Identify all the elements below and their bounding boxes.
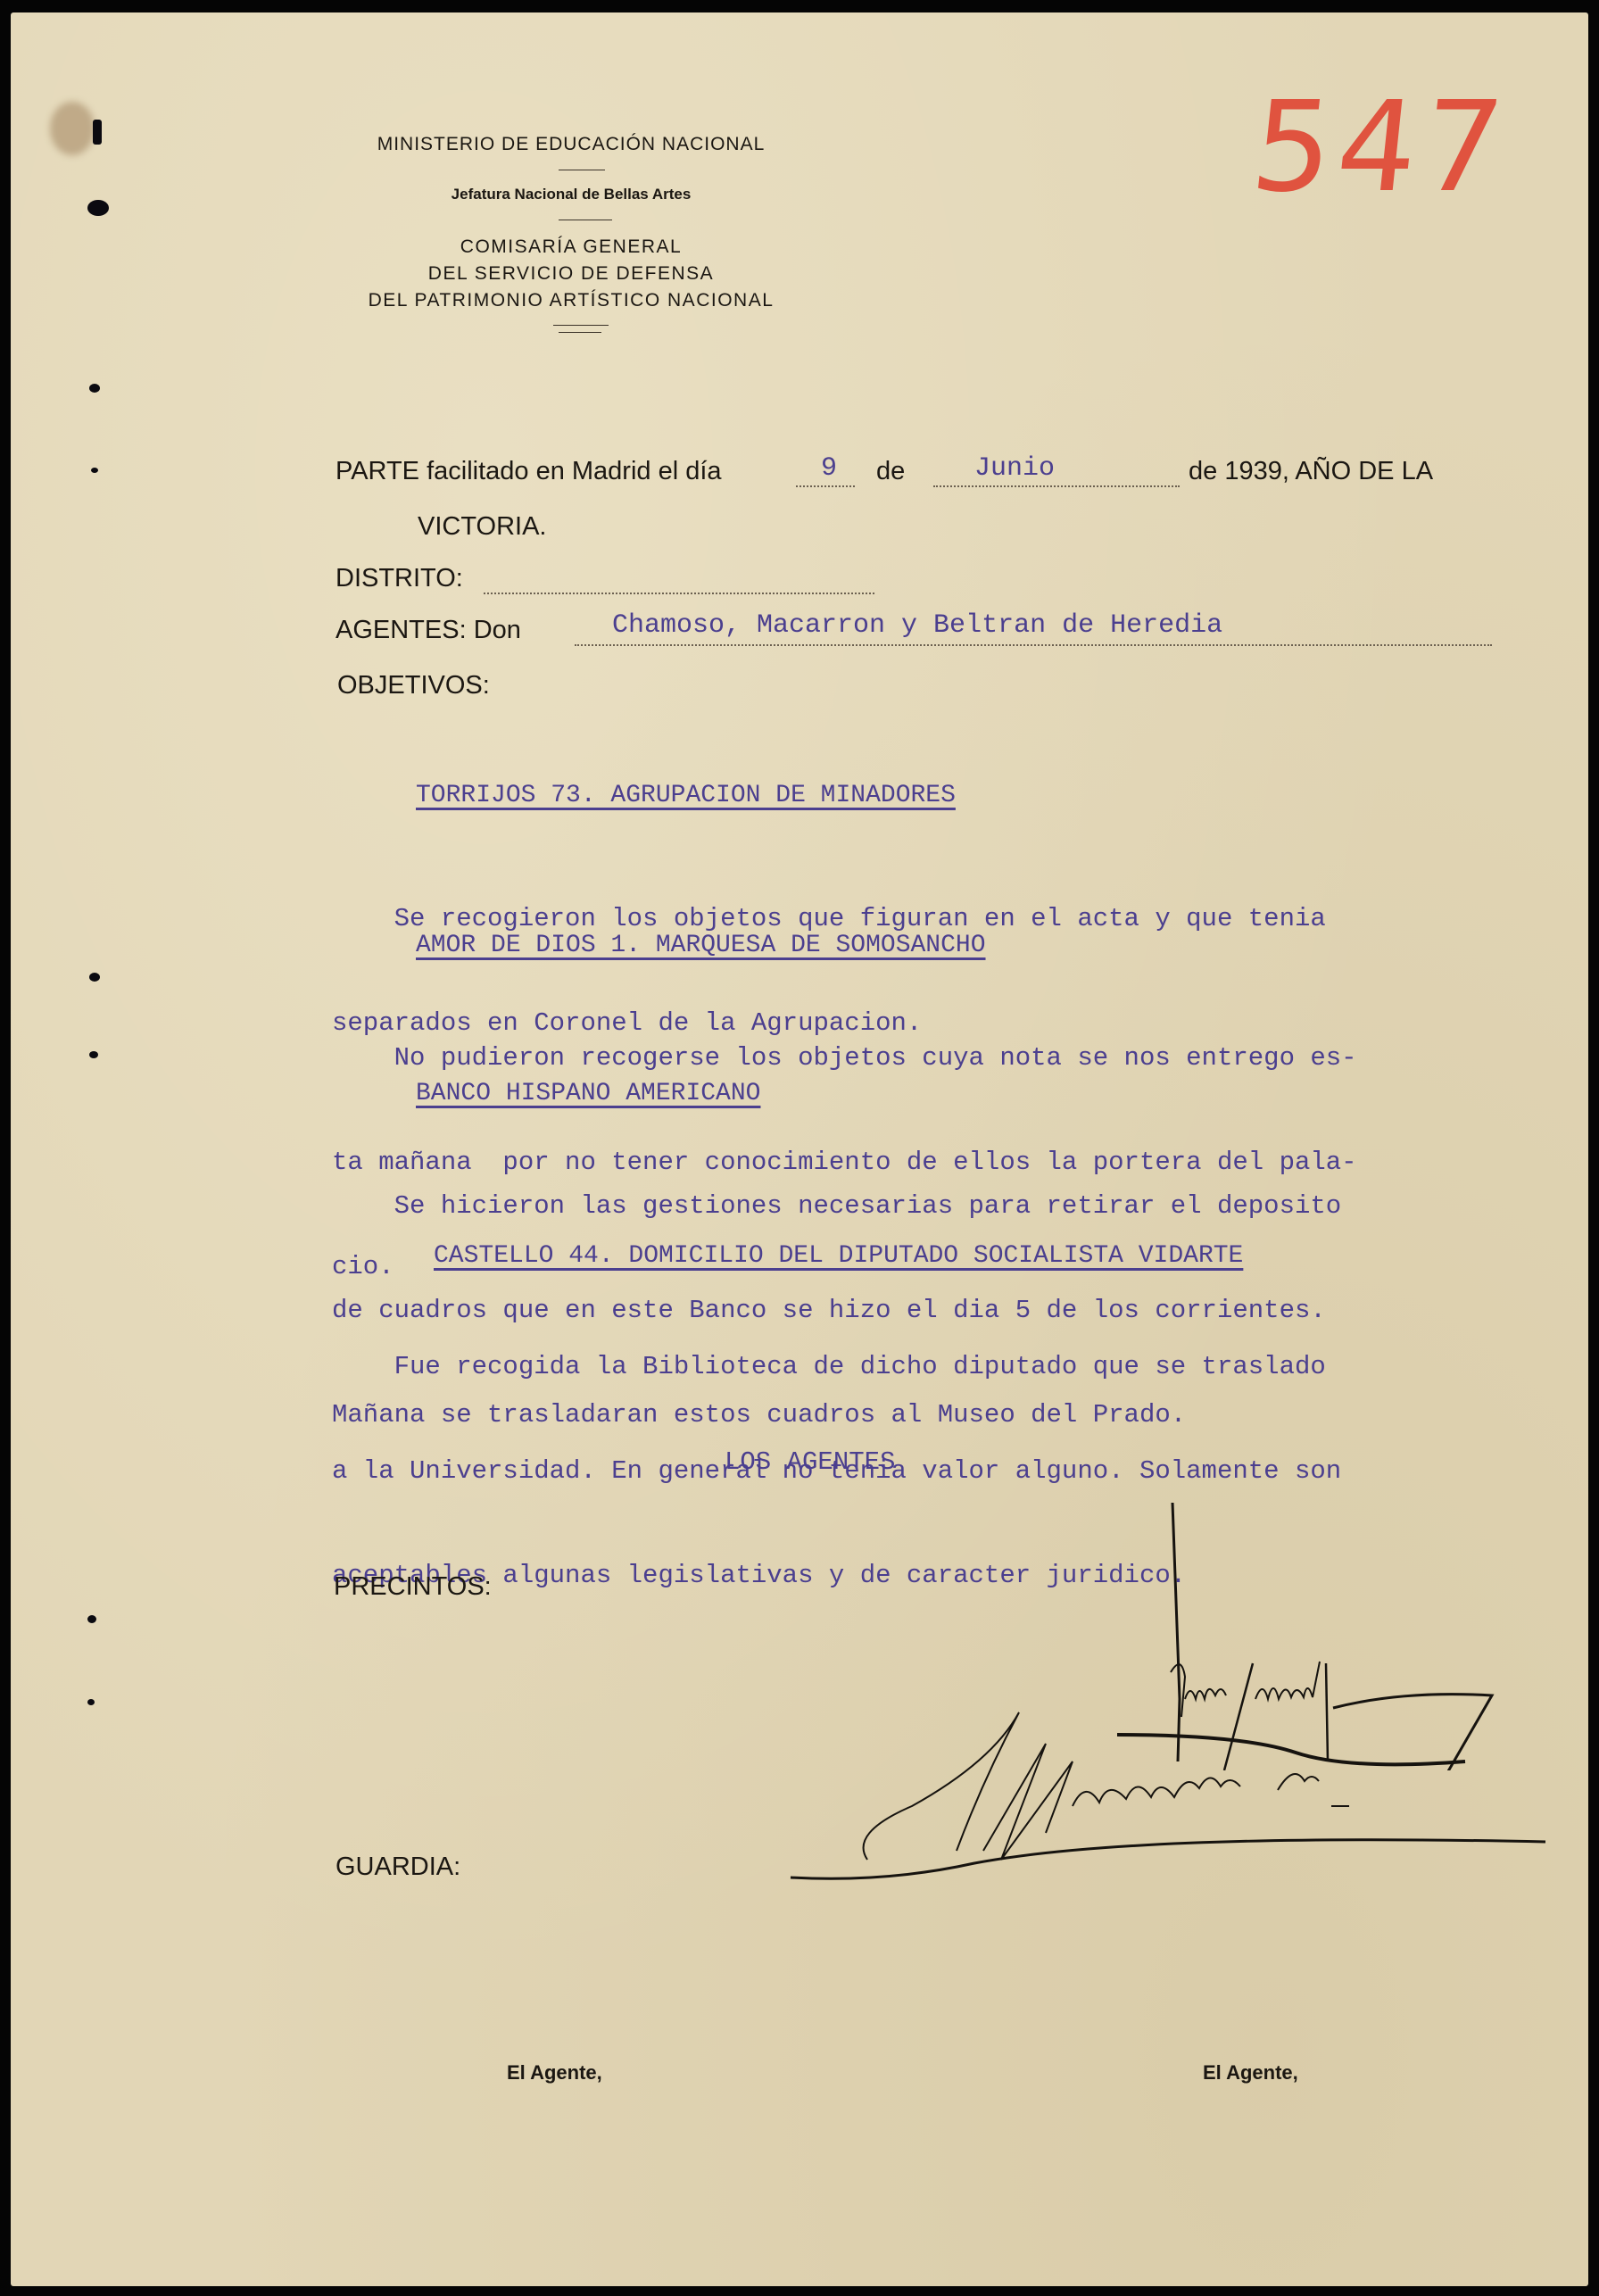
letterhead-comisaria-line1: COMISARÍA GENERAL xyxy=(321,234,821,261)
objetivos-label: OBJETIVOS: xyxy=(337,671,490,700)
parte-label: PARTE facilitado en Madrid el día xyxy=(336,457,722,486)
month-field-line xyxy=(933,485,1180,487)
objective-line: Fue recogida la Biblioteca de dicho dipu… xyxy=(332,1349,1341,1384)
objective-heading: AMOR DE DIOS 1. MARQUESA DE SOMOSANCHO xyxy=(416,932,986,959)
de-label: de xyxy=(876,457,905,486)
punch-hole xyxy=(89,384,100,393)
letterhead-divider xyxy=(553,325,609,326)
distrito-label: DISTRITO: xyxy=(336,564,463,593)
letterhead-comisaria-line3: DEL PATRIMONIO ARTÍSTICO NACIONAL xyxy=(321,287,821,314)
objective-heading: CASTELLO 44. DOMICILIO DEL DIPUTADO SOCI… xyxy=(434,1242,1243,1270)
punch-hole xyxy=(89,1051,98,1058)
month-field[interactable]: Junio xyxy=(974,453,1055,484)
letterhead-jefatura: Jefatura Nacional de Bellas Artes xyxy=(321,186,821,203)
victoria-label: VICTORIA. xyxy=(418,512,547,542)
rust-stain xyxy=(50,102,95,155)
objective-line: No pudieron recogerse los objetos cuya n… xyxy=(332,1040,1357,1075)
letterhead-divider xyxy=(559,170,605,170)
punch-hole xyxy=(93,120,102,145)
closing-los-agentes: LOS AGENTES xyxy=(725,1447,895,1477)
letterhead-comisaria-line2: DEL SERVICIO DE DEFENSA xyxy=(321,261,821,287)
guardia-label: GUARDIA: xyxy=(336,1853,460,1882)
document-page: MINISTERIO DE EDUCACIÓN NACIONAL Jefatur… xyxy=(11,12,1588,2286)
objective-line: Se hicieron las gestiones necesarias par… xyxy=(332,1189,1341,1223)
letterhead-ministry: MINISTERIO DE EDUCACIÓN NACIONAL xyxy=(321,134,821,155)
day-field[interactable]: 9 xyxy=(821,453,837,484)
agent-signature-label-left: El Agente, xyxy=(507,2061,602,2085)
objective-heading: BANCO HISPANO AMERICANO xyxy=(416,1080,760,1107)
agentes-field[interactable]: Chamoso, Macarron y Beltran de Heredia xyxy=(612,610,1222,641)
punch-hole xyxy=(91,468,98,473)
letterhead-divider xyxy=(559,220,612,220)
objective-heading: TORRIJOS 73. AGRUPACION DE MINADORES xyxy=(416,782,956,809)
agent-signature-label-right: El Agente, xyxy=(1203,2061,1298,2085)
agentes-field-line xyxy=(575,644,1492,646)
punch-hole xyxy=(87,1615,96,1623)
letterhead-divider xyxy=(559,332,601,333)
punch-hole xyxy=(87,1699,95,1705)
day-field-line xyxy=(796,485,855,487)
agentes-label: AGENTES: Don xyxy=(336,616,521,645)
letterhead-comisaria: COMISARÍA GENERAL DEL SERVICIO DE DEFENS… xyxy=(321,234,821,314)
punch-hole xyxy=(87,200,109,216)
year-label: de 1939, AÑO DE LA xyxy=(1189,457,1433,486)
punch-hole xyxy=(89,973,100,982)
precintos-label: PRECINTOS: xyxy=(334,1572,492,1602)
signature-lower xyxy=(778,1708,1554,1886)
distrito-field-line xyxy=(484,593,874,594)
folio-number: 547 xyxy=(1245,75,1514,220)
